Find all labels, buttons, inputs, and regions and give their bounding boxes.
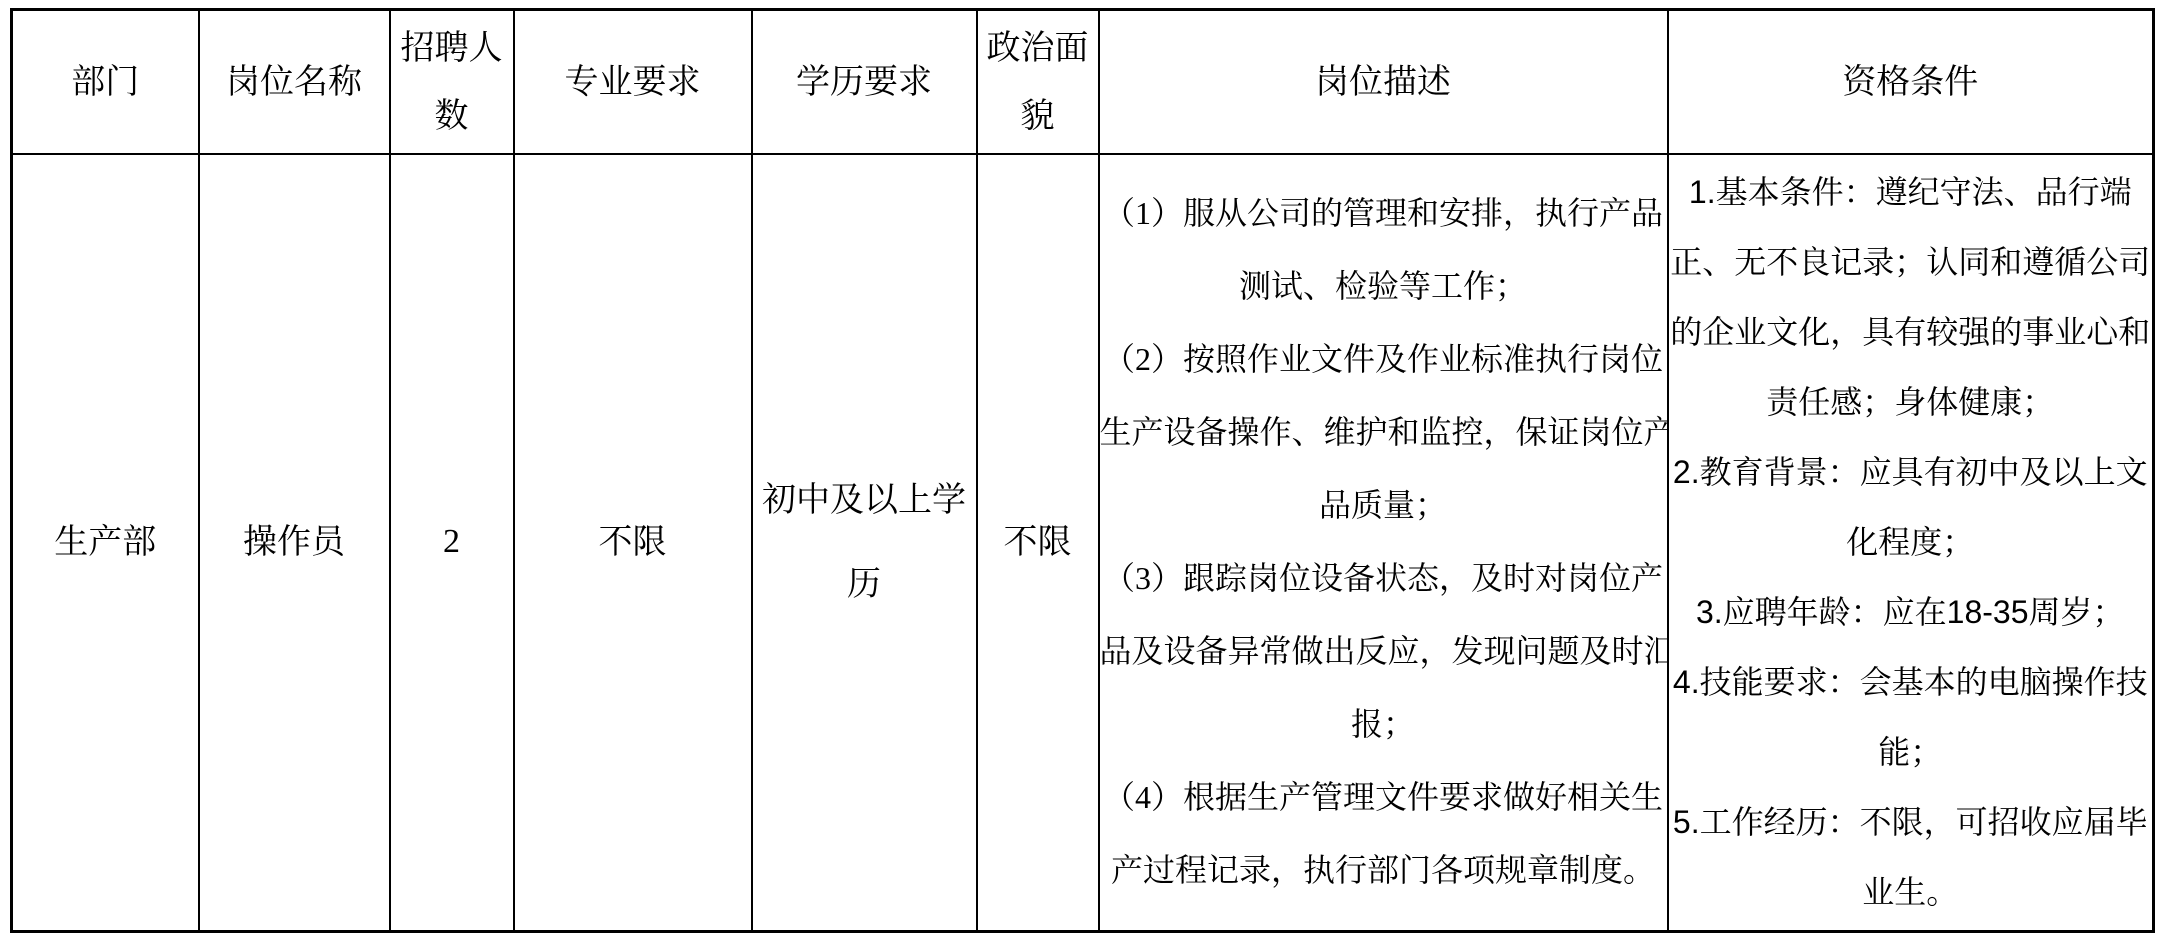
qualifications-text: 1.基本条件：遵纪守法、品行端正、无不良记录；认同和遵循公司的企业文化，具有较强…: [1669, 157, 2153, 927]
cell-department: 生产部: [12, 154, 199, 932]
col-header-description: 岗位描述: [1099, 10, 1668, 154]
col-header-department: 部门: [12, 10, 199, 154]
cell-education: 初中及以上学历: [752, 154, 977, 932]
cell-political: 不限: [977, 154, 1099, 932]
cell-headcount: 2: [390, 154, 514, 932]
cell-major: 不限: [514, 154, 752, 932]
col-header-political: 政治面貌: [977, 10, 1099, 154]
job-description-text: （1）服从公司的管理和安排，执行产品测试、检验等工作；（2）按照作业文件及作业标…: [1100, 177, 1667, 907]
col-header-headcount: 招聘人数: [390, 10, 514, 154]
cell-job-description: （1）服从公司的管理和安排，执行产品测试、检验等工作；（2）按照作业文件及作业标…: [1099, 154, 1668, 932]
col-header-education: 学历要求: [752, 10, 977, 154]
table-row: 生产部 操作员 2 不限 初中及以上学历 不限 （1）服从公司的管理和安排，执行…: [12, 154, 2154, 932]
col-header-qualifications: 资格条件: [1668, 10, 2154, 154]
col-header-position: 岗位名称: [199, 10, 390, 154]
header-row: 部门 岗位名称 招聘人数 专业要求 学历要求 政治面貌 岗位描述 资格条件: [12, 10, 2154, 154]
cell-position: 操作员: [199, 154, 390, 932]
document-page: 部门 岗位名称 招聘人数 专业要求 学历要求 政治面貌 岗位描述 资格条件 生产…: [0, 0, 2162, 940]
recruitment-table: 部门 岗位名称 招聘人数 专业要求 学历要求 政治面貌 岗位描述 资格条件 生产…: [10, 8, 2155, 933]
col-header-major: 专业要求: [514, 10, 752, 154]
cell-qualifications: 1.基本条件：遵纪守法、品行端正、无不良记录；认同和遵循公司的企业文化，具有较强…: [1668, 154, 2154, 932]
